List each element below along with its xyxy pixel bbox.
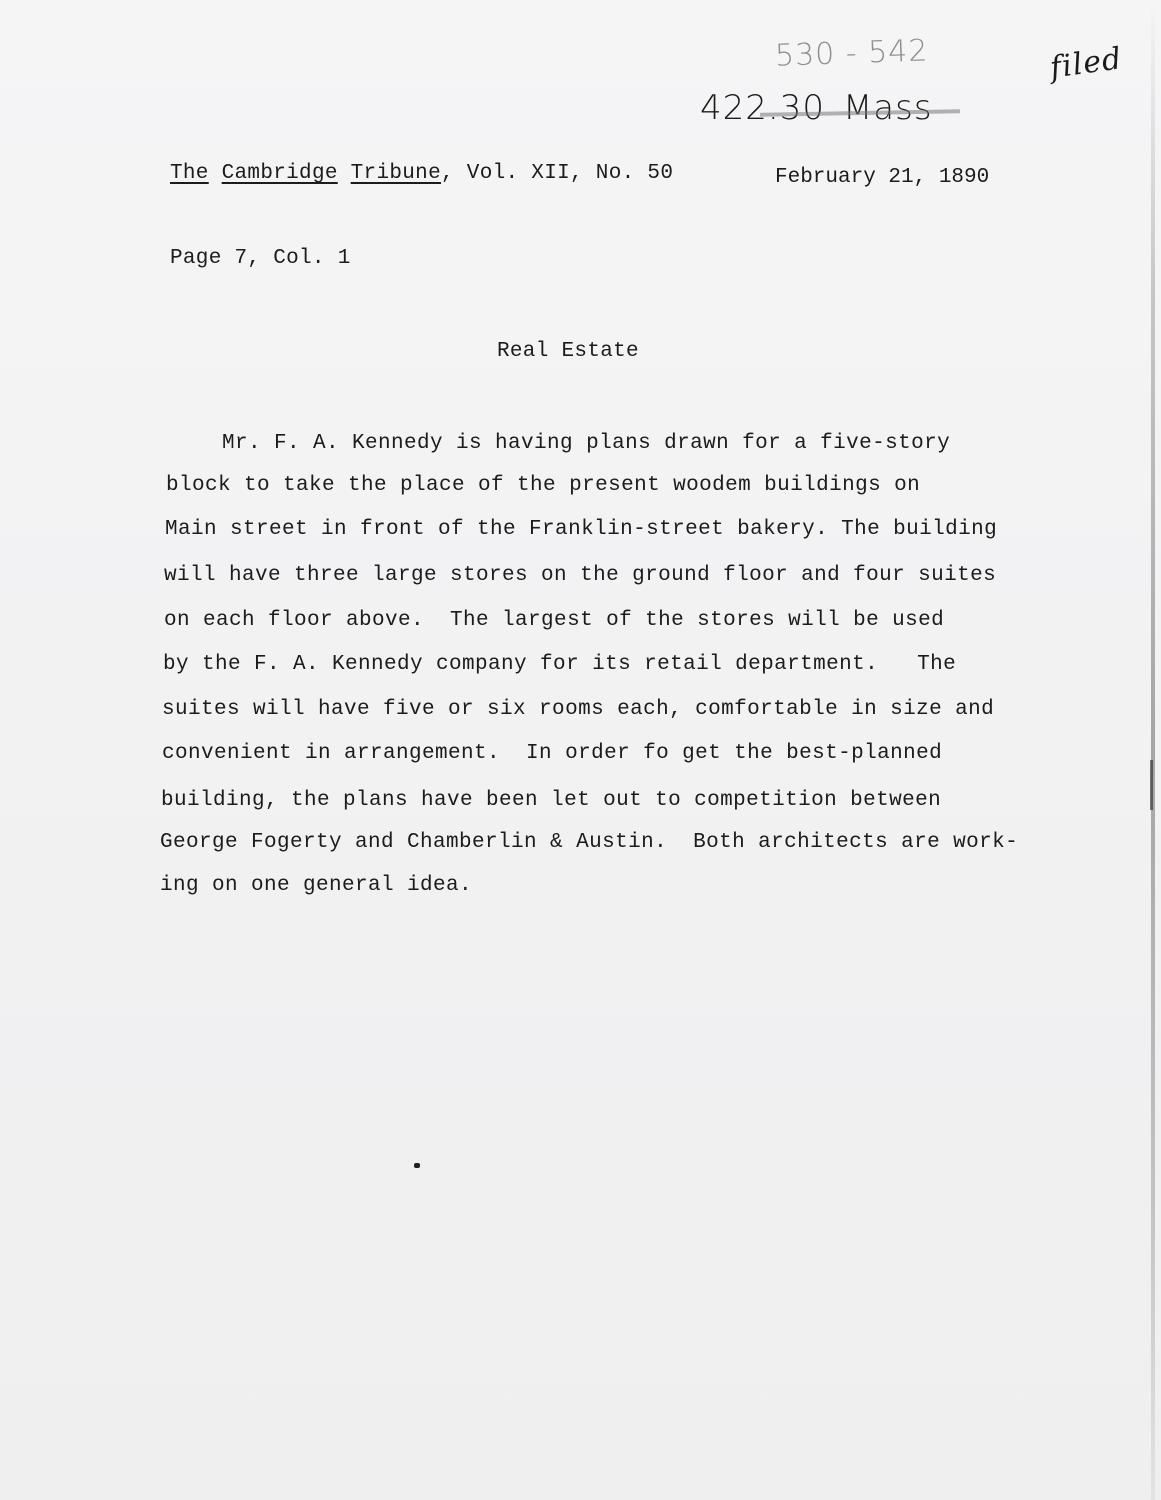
article-line: on each floor above. The largest of the … (164, 609, 944, 632)
article-line: ing on one general idea. (160, 874, 472, 897)
publication-line: The Cambridge Tribune, Vol. XII, No. 50 (170, 162, 673, 185)
struck-catalog-code: 422.30 (700, 88, 825, 128)
article-line: suites will have five or six rooms each,… (162, 698, 994, 721)
article-line: will have three large stores on the grou… (164, 564, 996, 587)
volume-issue: , Vol. XII, No. 50 (441, 162, 673, 185)
publication-word-cambridge: Cambridge (222, 162, 338, 185)
article-line: by the F. A. Kennedy company for its ret… (163, 653, 956, 676)
ink-catalog-annotation: 422.30Mass (700, 88, 933, 128)
ink-speck (414, 1163, 420, 1168)
page-column-reference: Page 7, Col. 1 (170, 247, 351, 270)
publication-word-the: The (170, 162, 209, 185)
publication-word-tribune: Tribune (351, 162, 441, 185)
article-line: Mr. F. A. Kennedy is having plans drawn … (170, 432, 950, 455)
article-line: Main street in front of the Franklin-str… (165, 518, 997, 541)
document-page: 530 - 542 422.30Mass filed The Cambridge… (0, 0, 1161, 1500)
page-edge-mark (1150, 760, 1153, 810)
filed-annotation: filed (1048, 41, 1124, 86)
article-title: Real Estate (497, 340, 639, 363)
article-line: convenient in arrangement. In order fo g… (162, 742, 942, 765)
state-abbreviation: Mass (843, 88, 933, 128)
pencil-page-range-annotation: 530 - 542 (774, 33, 929, 73)
article-line: block to take the place of the present w… (166, 474, 920, 497)
publication-date: February 21, 1890 (775, 166, 989, 189)
page-edge-shadow (1151, 0, 1155, 1500)
article-line: George Fogerty and Chamberlin & Austin. … (160, 831, 1018, 854)
article-line: building, the plans have been let out to… (161, 789, 941, 812)
